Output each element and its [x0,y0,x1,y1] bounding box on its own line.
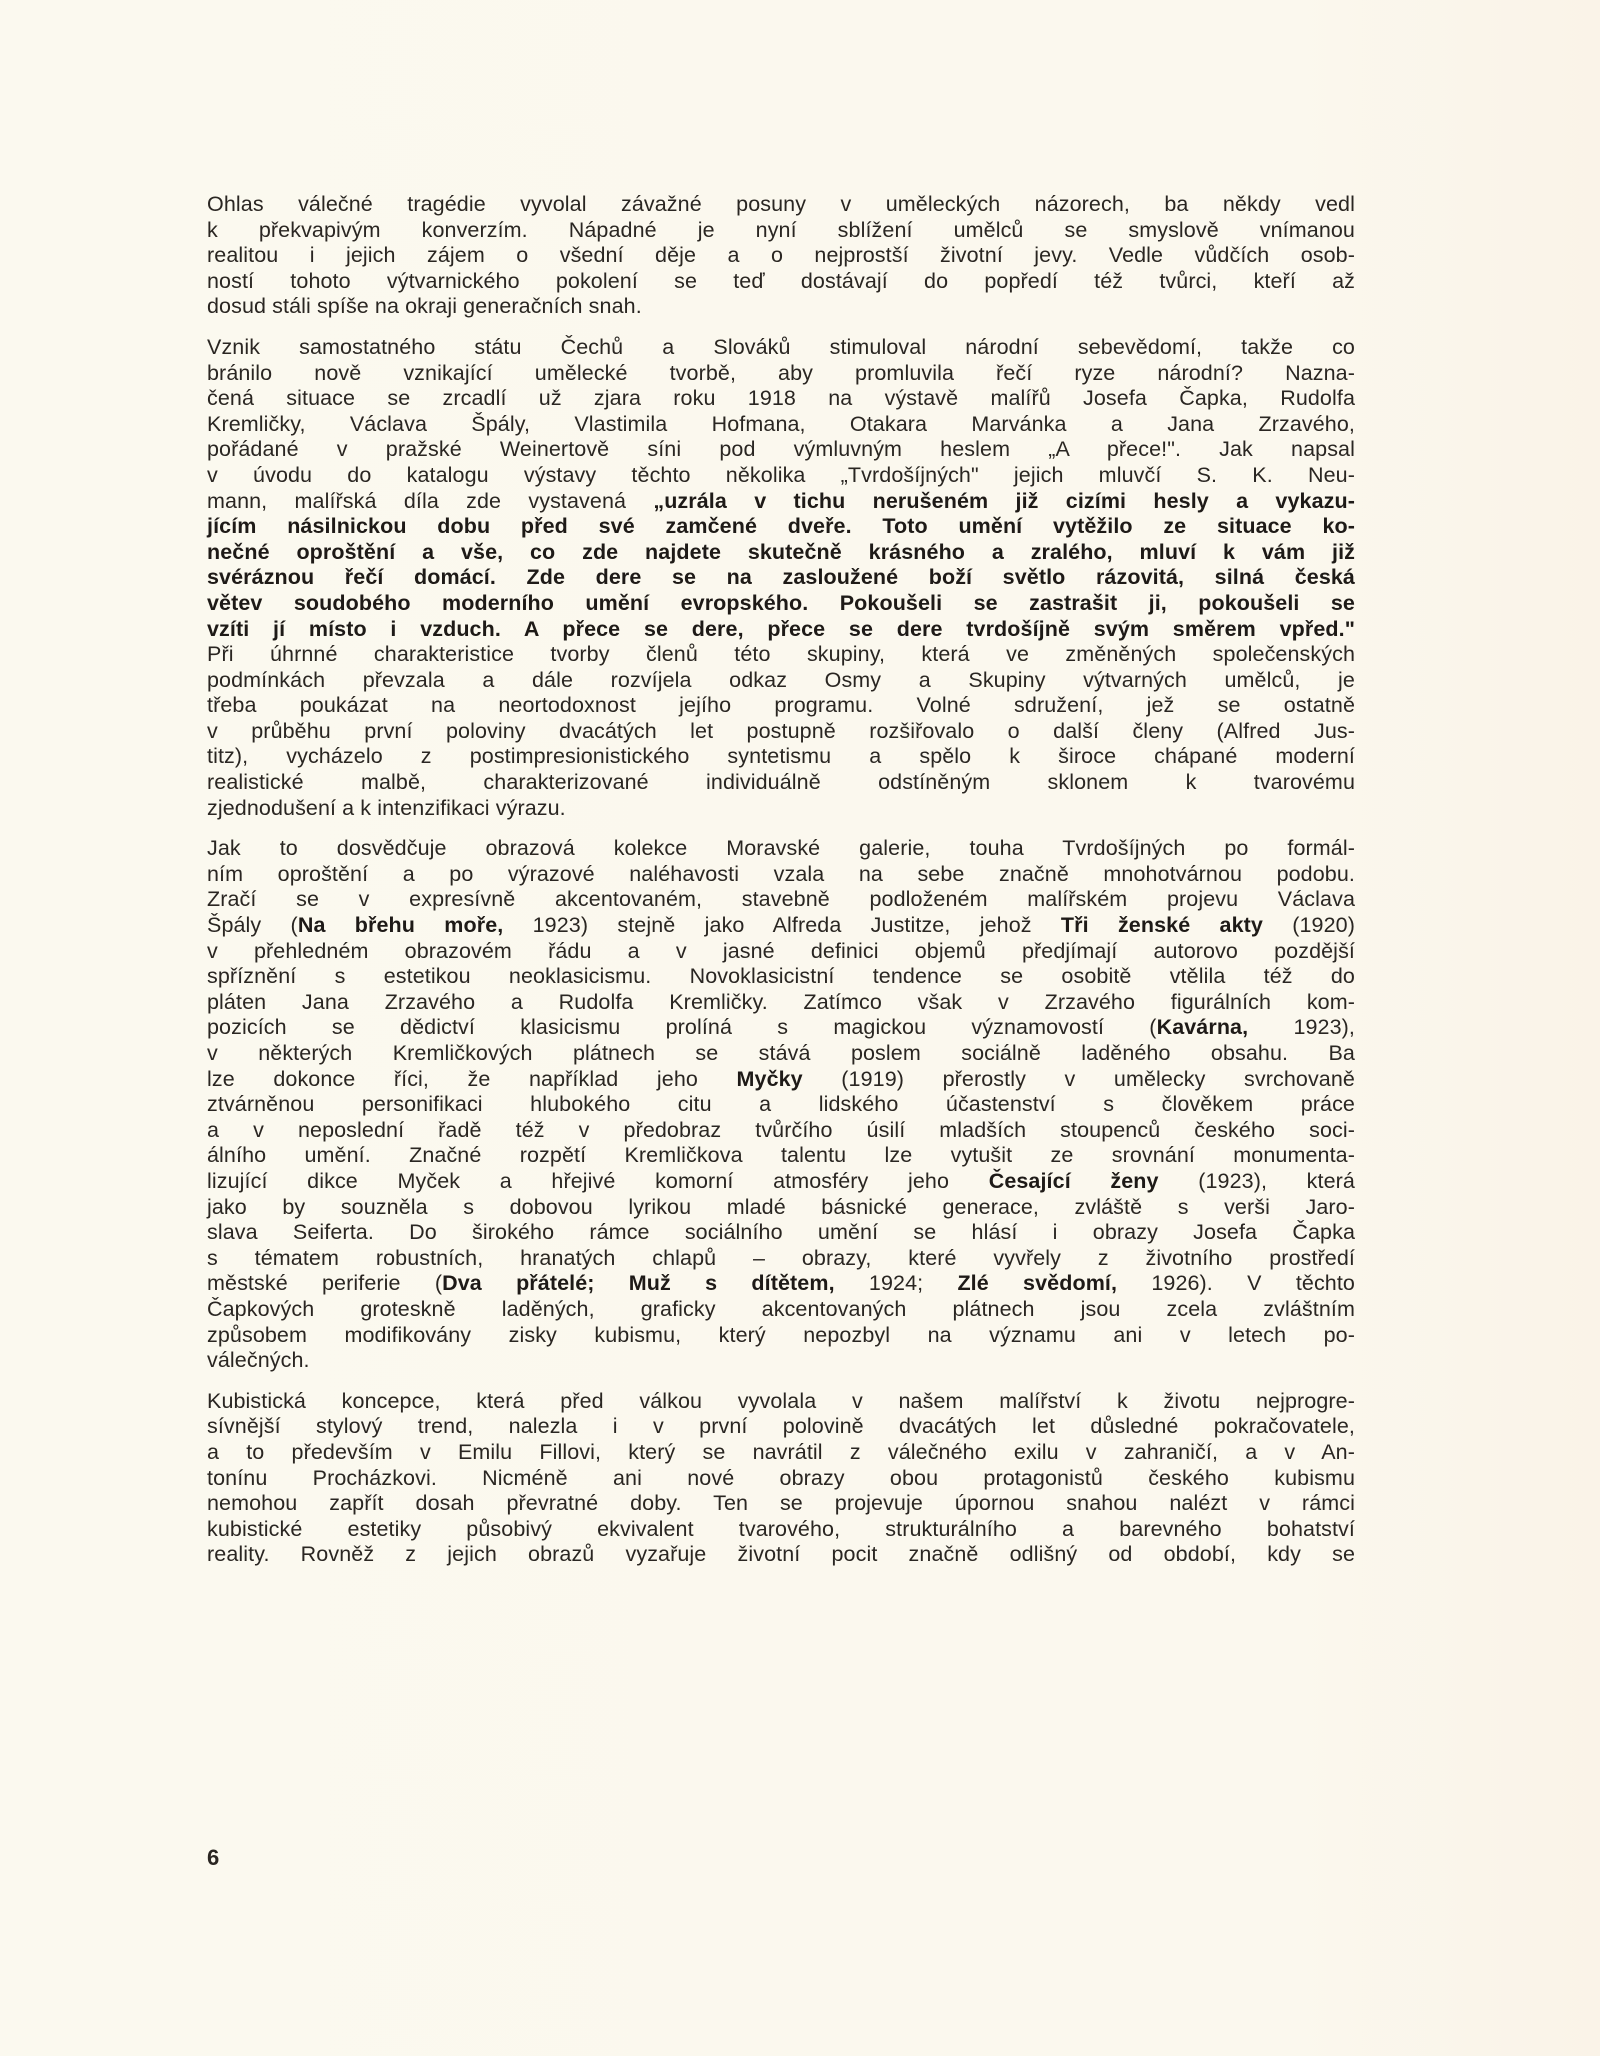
text-run: kubistické estetiky působivý ekvivalent … [207,1517,1355,1541]
text-run: zjednodušení a k intenzifikaci výrazu. [207,796,566,820]
text-line: válečných. [207,1348,1355,1374]
text-run: v úvodu do katalogu výstavy těchto někol… [207,463,1355,487]
text-line: ním oproštění a po výrazové naléhavosti … [207,862,1355,888]
text-line: slava Seiferta. Do širokého rámce sociál… [207,1220,1355,1246]
body-text: Ohlas válečné tragédie vyvolal závažné p… [207,192,1355,1583]
text-run: v některých Kremličkových plátnech se st… [207,1041,1355,1065]
text-line: podmínkách převzala a dále rozvíjela odk… [207,668,1355,694]
bold-text-run: Zlé svědomí, [957,1271,1117,1295]
text-run: pozicích se dědictví klasicismu prolíná … [207,1015,1157,1039]
text-line: álního umění. Značné rozpětí Kremličkova… [207,1143,1355,1169]
bold-text-run: svéráznou řečí domácí. Zde dere se na za… [207,565,1355,589]
page-number: 6 [207,1845,219,1871]
text-run: Vznik samostatného státu Čechů a Slováků… [207,335,1355,359]
text-line: Zračí se v expresívně akcentovaném, stav… [207,887,1355,913]
text-run: tonínu Procházkovi. Nicméně ani nové obr… [207,1466,1355,1490]
text-run: ností tohoto výtvarnického pokolení se t… [207,269,1355,293]
text-run: Kubistická koncepce, která před válkou v… [207,1389,1355,1413]
bold-text-run: Česající ženy [989,1169,1159,1193]
text-run: (1920) [1263,913,1355,937]
text-run: álního umění. Značné rozpětí Kremličkova… [207,1143,1355,1167]
text-line: pořádané v pražské Weinertově síni pod v… [207,437,1355,463]
bold-text-run: Tři ženské akty [1061,913,1263,937]
text-line: pláten Jana Zrzavého a Rudolfa Kremličky… [207,990,1355,1016]
text-run: Špály ( [207,913,298,937]
text-run: válečných. [207,1348,310,1372]
paragraph: Ohlas válečné tragédie vyvolal závažné p… [207,192,1355,320]
text-line: v některých Kremličkových plátnech se st… [207,1041,1355,1067]
text-run: titz), vycházelo z postimpresionistickéh… [207,744,1355,768]
text-line: Čapkových groteskně laděných, graficky a… [207,1297,1355,1323]
text-line: s tématem robustních, hranatých chlapů –… [207,1246,1355,1272]
text-run: 1923), [1248,1015,1355,1039]
text-line: lizující dikce Myček a hřejivé komorní a… [207,1169,1355,1195]
text-run: Kremličky, Václava Špály, Vlastimila Hof… [207,412,1355,436]
bold-text-run: větev soudobého moderního umění evropské… [207,591,1355,615]
text-line: k překvapivým konverzím. Nápadné je nyní… [207,218,1355,244]
text-run: a to především v Emilu Fillovi, který se… [207,1440,1355,1464]
text-run: realitou i jejich zájem o všední děje a … [207,243,1355,267]
text-run: Čapkových groteskně laděných, graficky a… [207,1297,1355,1321]
bold-text-run: jícím násilnickou dobu před své zamčené … [207,514,1355,538]
text-line: Při úhrnné charakteristice tvorby členů … [207,642,1355,668]
text-line: realistické malbě, charakterizované indi… [207,770,1355,796]
bold-text-run: vzíti jí místo i vzduch. A přece se dere… [207,617,1355,641]
text-run: (1919) přerostly v umělecky svrchovaně [803,1067,1355,1091]
text-run: pořádané v pražské Weinertově síni pod v… [207,437,1355,461]
text-run: 1926). V těchto [1117,1271,1355,1295]
text-line: čená situace se zrcadlí už zjara roku 19… [207,386,1355,412]
text-line: spříznění s estetikou neoklasicismu. Nov… [207,964,1355,990]
text-line: v přehledném obrazovém řádu a v jasné de… [207,939,1355,965]
text-line: titz), vycházelo z postimpresionistickéh… [207,744,1355,770]
text-run: reality. Rovněž z jejich obrazů vyzařuje… [207,1542,1355,1566]
text-run: jako by souzněla s dobovou lyrikou mladé… [207,1195,1355,1219]
text-line: větev soudobého moderního umění evropské… [207,591,1355,617]
text-line: Vznik samostatného státu Čechů a Slováků… [207,335,1355,361]
bold-text-run: „uzrála v tichu nerušeném již cizími hes… [653,489,1355,513]
text-run: k překvapivým konverzím. Nápadné je nyní… [207,218,1355,242]
paragraph: Vznik samostatného státu Čechů a Slováků… [207,335,1355,821]
text-run: lizující dikce Myček a hřejivé komorní a… [207,1169,989,1193]
text-run: ním oproštění a po výrazové naléhavosti … [207,862,1355,886]
text-run: a v neposlední řadě též v předobraz tvůr… [207,1118,1355,1142]
text-run: mann, malířská díla zde vystavená [207,489,653,513]
text-line: v úvodu do katalogu výstavy těchto někol… [207,463,1355,489]
text-line: Ohlas válečné tragédie vyvolal závažné p… [207,192,1355,218]
text-run: bránilo nově vznikající umělecké tvorbě,… [207,361,1355,385]
document-page: Ohlas válečné tragédie vyvolal závažné p… [0,0,1600,2056]
text-run: podmínkách převzala a dále rozvíjela odk… [207,668,1355,692]
text-run: Při úhrnné charakteristice tvorby členů … [207,642,1355,666]
text-line: Kubistická koncepce, která před válkou v… [207,1389,1355,1415]
text-line: jako by souzněla s dobovou lyrikou mladé… [207,1195,1355,1221]
text-run: ztvárněnou personifikaci hlubokého citu … [207,1092,1355,1116]
text-run: (1923), která [1159,1169,1355,1193]
text-line: nemohou zapřít dosah převratné doby. Ten… [207,1491,1355,1517]
text-run: způsobem modifikovány zisky kubismu, kte… [207,1323,1355,1347]
text-run: v průběhu první poloviny dvacátých let p… [207,719,1355,743]
text-run: sívnější stylový trend, nalezla i v prvn… [207,1414,1355,1438]
text-run: městské periferie ( [207,1271,442,1295]
text-run: lze dokonce říci, že například jeho [207,1067,737,1091]
text-line: vzíti jí místo i vzduch. A přece se dere… [207,617,1355,643]
text-run: 1923) stejně jako Alfreda Justitze, jeho… [503,913,1061,937]
bold-text-run: Na břehu moře, [298,913,504,937]
text-line: sívnější stylový trend, nalezla i v prvn… [207,1414,1355,1440]
text-run: nemohou zapřít dosah převratné doby. Ten… [207,1491,1355,1515]
paragraph: Kubistická koncepce, která před válkou v… [207,1389,1355,1568]
text-run: slava Seiferta. Do širokého rámce sociál… [207,1220,1355,1244]
text-run: realistické malbě, charakterizované indi… [207,770,1355,794]
text-line: v průběhu první poloviny dvacátých let p… [207,719,1355,745]
text-line: městské periferie (Dva přátelé; Muž s dí… [207,1271,1355,1297]
text-line: zjednodušení a k intenzifikaci výrazu. [207,796,1355,822]
text-line: třeba poukázat na neortodoxnost jejího p… [207,693,1355,719]
text-line: Jak to dosvědčuje obrazová kolekce Morav… [207,836,1355,862]
text-run: čená situace se zrcadlí už zjara roku 19… [207,386,1355,410]
text-line: kubistické estetiky působivý ekvivalent … [207,1517,1355,1543]
text-line: a v neposlední řadě též v předobraz tvůr… [207,1118,1355,1144]
text-line: reality. Rovněž z jejich obrazů vyzařuje… [207,1542,1355,1568]
text-run: pláten Jana Zrzavého a Rudolfa Kremličky… [207,990,1355,1014]
text-line: tonínu Procházkovi. Nicméně ani nové obr… [207,1466,1355,1492]
text-run: Ohlas válečné tragédie vyvolal závažné p… [207,192,1355,216]
text-line: způsobem modifikovány zisky kubismu, kte… [207,1323,1355,1349]
text-run: v přehledném obrazovém řádu a v jasné de… [207,939,1355,963]
text-line: nečné oproštění a vše, co zde najdete sk… [207,540,1355,566]
text-line: dosud stáli spíše na okraji generačních … [207,294,1355,320]
text-line: a to především v Emilu Fillovi, který se… [207,1440,1355,1466]
bold-text-run: nečné oproštění a vše, co zde najdete sk… [207,540,1355,564]
paragraph: Jak to dosvědčuje obrazová kolekce Morav… [207,836,1355,1373]
text-line: ností tohoto výtvarnického pokolení se t… [207,269,1355,295]
text-line: Kremličky, Václava Špály, Vlastimila Hof… [207,412,1355,438]
text-run: spříznění s estetikou neoklasicismu. Nov… [207,964,1355,988]
text-run: s tématem robustních, hranatých chlapů –… [207,1246,1355,1270]
text-run: 1924; [835,1271,958,1295]
bold-text-run: Dva přátelé; Muž s dítětem, [442,1271,835,1295]
text-line: lze dokonce říci, že například jeho Myčk… [207,1067,1355,1093]
text-run: Zračí se v expresívně akcentovaném, stav… [207,887,1355,911]
bold-text-run: Kavárna, [1157,1015,1249,1039]
text-run: dosud stáli spíše na okraji generačních … [207,294,642,318]
text-line: realitou i jejich zájem o všední děje a … [207,243,1355,269]
text-line: bránilo nově vznikající umělecké tvorbě,… [207,361,1355,387]
text-line: ztvárněnou personifikaci hlubokého citu … [207,1092,1355,1118]
text-line: mann, malířská díla zde vystavená „uzrál… [207,489,1355,515]
text-line: pozicích se dědictví klasicismu prolíná … [207,1015,1355,1041]
text-line: jícím násilnickou dobu před své zamčené … [207,514,1355,540]
text-line: Špály (Na břehu moře, 1923) stejně jako … [207,913,1355,939]
bold-text-run: Myčky [737,1067,803,1091]
text-run: třeba poukázat na neortodoxnost jejího p… [207,693,1355,717]
text-run: Jak to dosvědčuje obrazová kolekce Morav… [207,836,1355,860]
text-line: svéráznou řečí domácí. Zde dere se na za… [207,565,1355,591]
